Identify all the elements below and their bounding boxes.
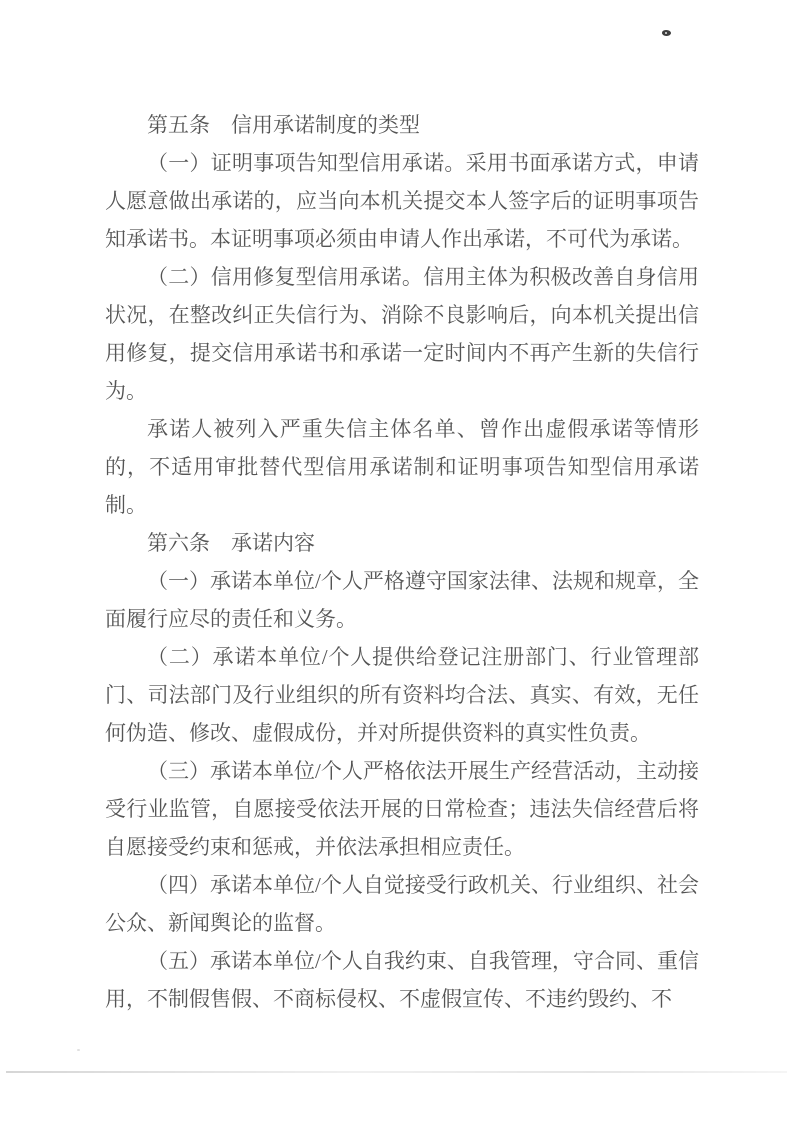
paragraph: （三）承诺本单位/个人严格依法开展生产经营活动，主动接受行业监管，自愿接受依法开… xyxy=(105,752,699,866)
section-heading-article-6: 第六条 承诺内容 xyxy=(105,524,699,562)
document-page: 第五条 信用承诺制度的类型 （一）证明事项告知型信用承诺。采用书面承诺方式，申请… xyxy=(0,0,793,1122)
section-heading-article-5: 第五条 信用承诺制度的类型 xyxy=(105,106,699,144)
paragraph: （二）信用修复型信用承诺。信用主体为积极改善自身信用状况，在整改纠正失信行为、消… xyxy=(105,258,699,410)
scan-edge-line xyxy=(6,1071,787,1073)
paragraph: （四）承诺本单位/个人自觉接受行政机关、行业组织、社会公众、新闻舆论的监督。 xyxy=(105,866,699,942)
paragraph: （一）承诺本单位/个人严格遵守国家法律、法规和规章，全面履行应尽的责任和义务。 xyxy=(105,562,699,638)
paragraph: （五）承诺本单位/个人自我约束、自我管理，守合同、重信用，不制假售假、不商标侵权… xyxy=(105,942,699,1018)
paragraph: （二）承诺本单位/个人提供给登记注册部门、行业管理部门、司法部门及行业组织的所有… xyxy=(105,638,699,752)
paragraph: 承诺人被列入严重失信主体名单、曾作出虚假承诺等情形的，不适用审批替代型信用承诺制… xyxy=(105,410,699,524)
dust-mark xyxy=(77,1049,80,1051)
ink-speck xyxy=(662,30,671,36)
document-text: 第五条 信用承诺制度的类型 （一）证明事项告知型信用承诺。采用书面承诺方式，申请… xyxy=(105,106,699,1018)
paragraph: （一）证明事项告知型信用承诺。采用书面承诺方式，申请人愿意做出承诺的，应当向本机… xyxy=(105,144,699,258)
